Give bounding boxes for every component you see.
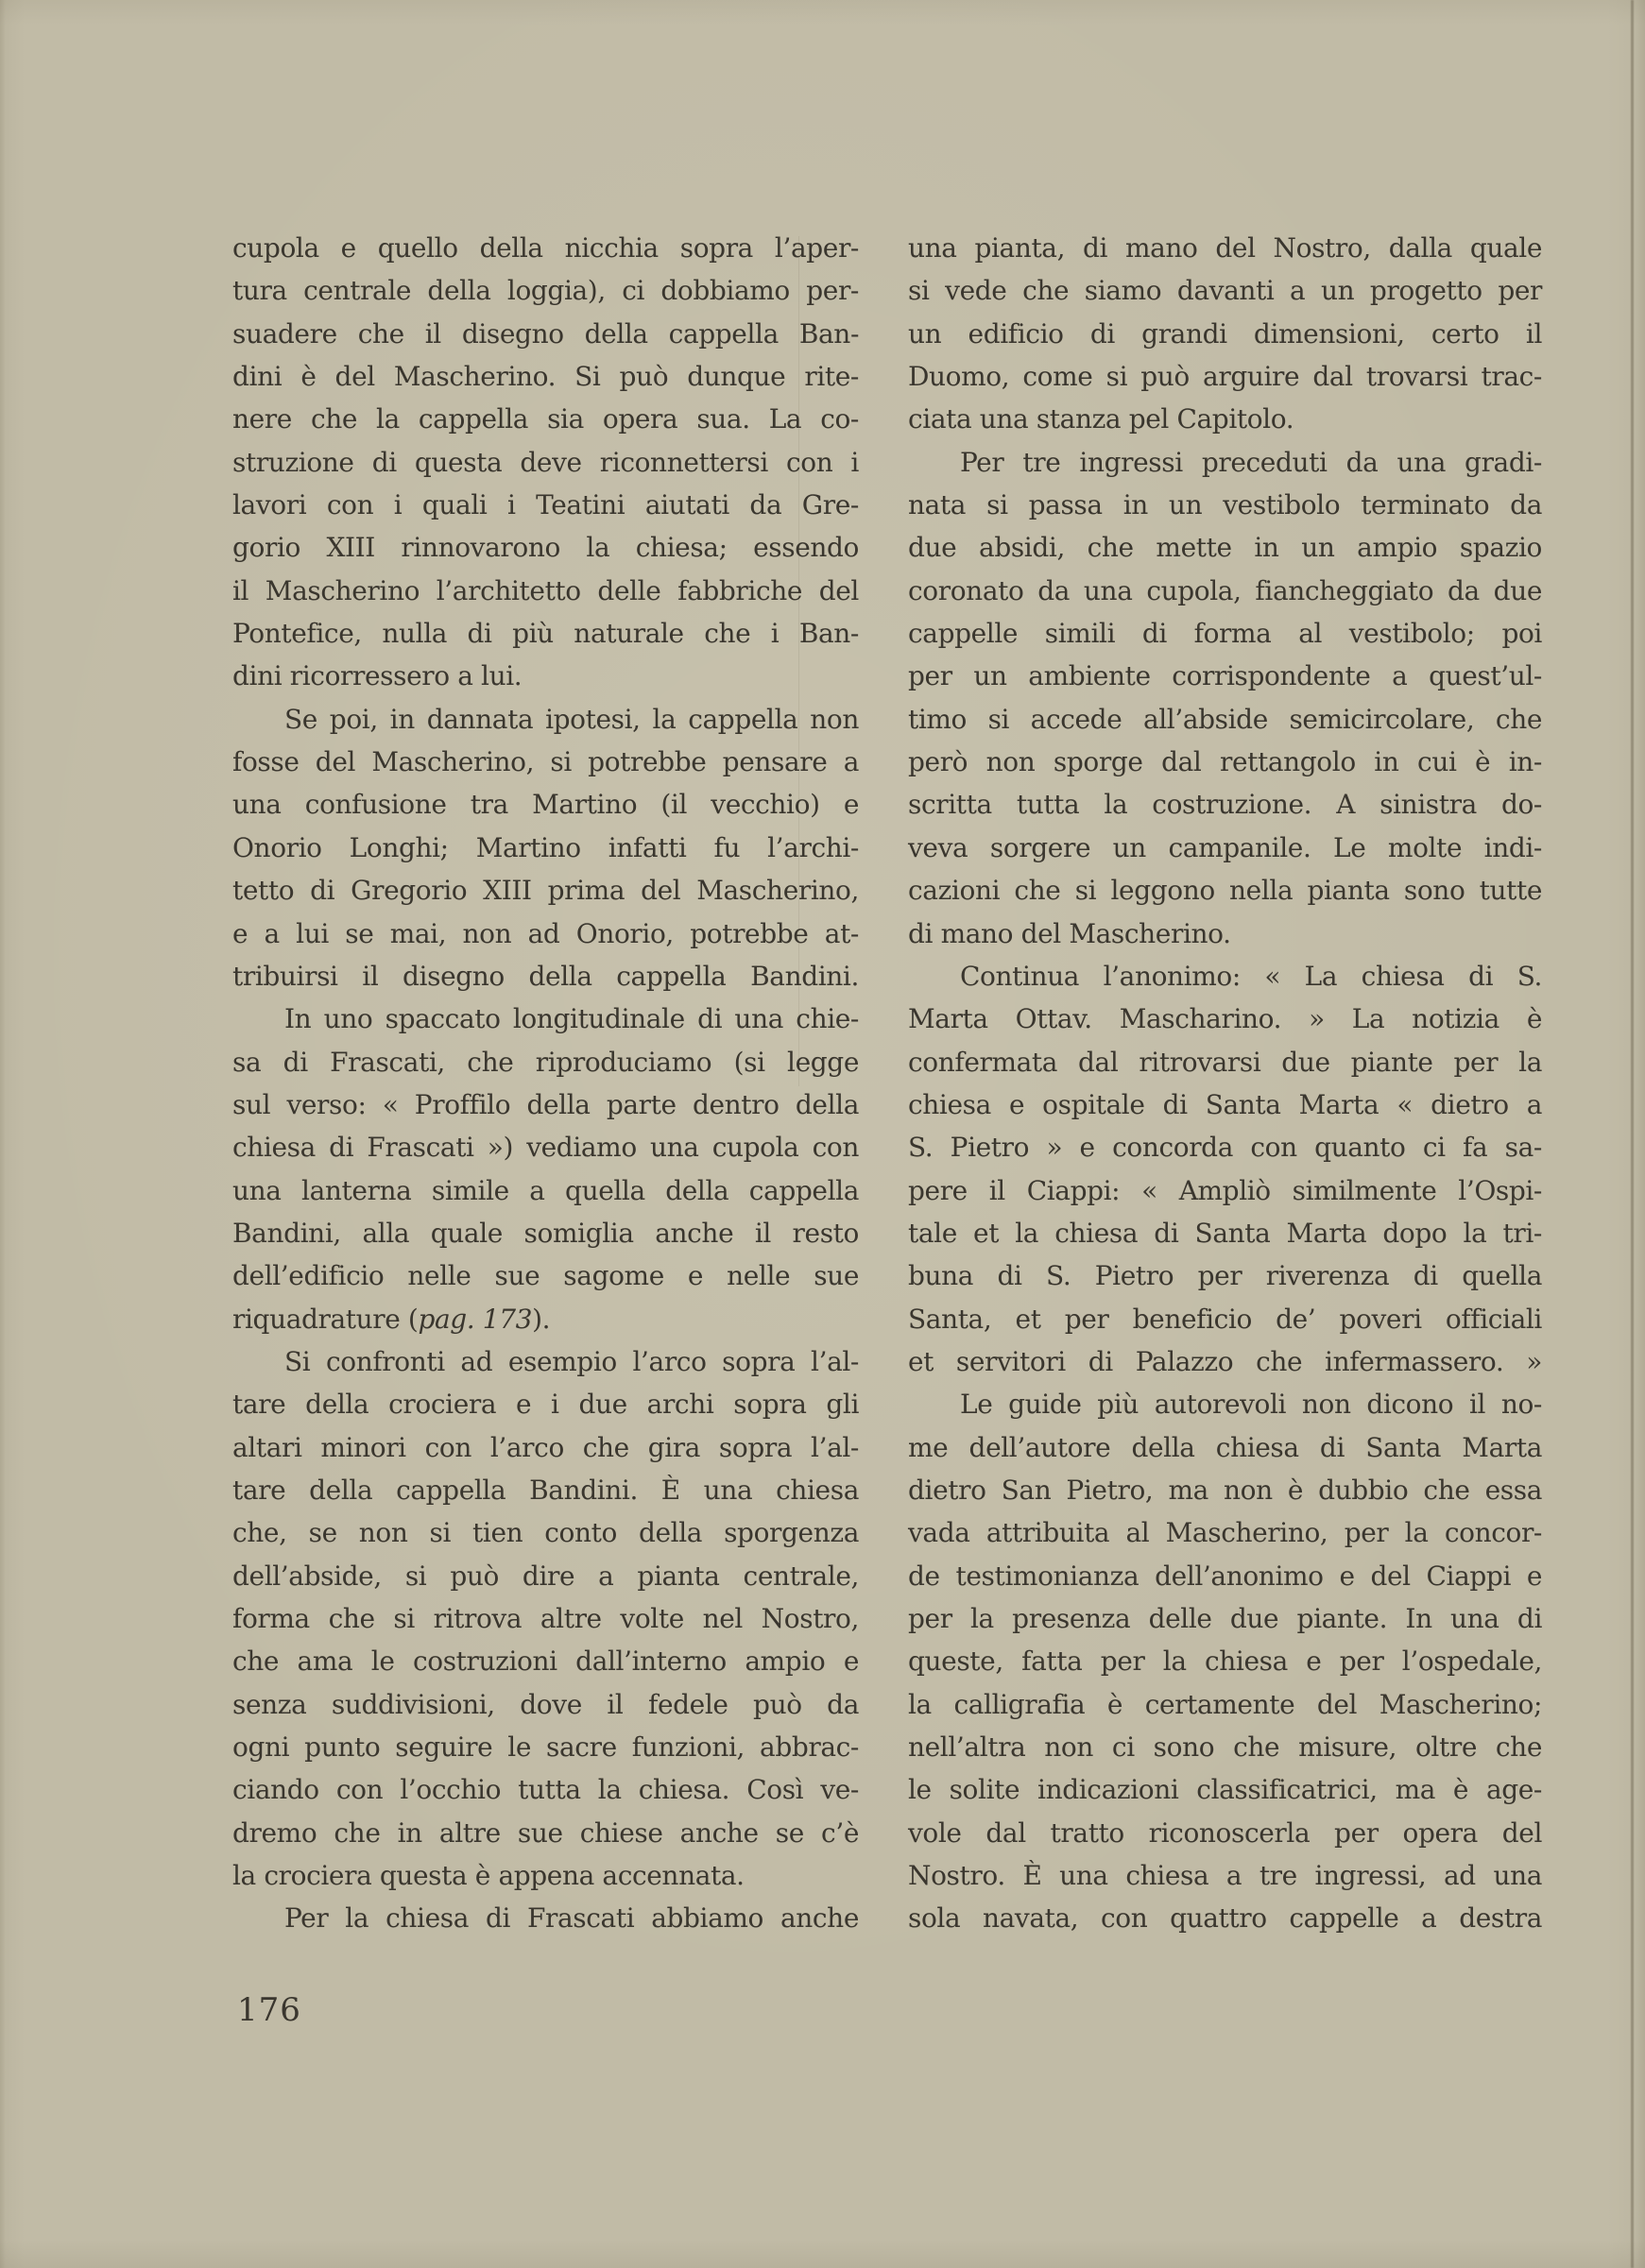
text-line: queste, fatta per la chiesa e per l’ospe… (908, 1640, 1542, 1682)
text-line: tura centrale della loggia), ci dobbiamo… (232, 269, 859, 312)
text-line: però non sporge dal rettangolo in cui è … (908, 741, 1542, 783)
text-line: dell’abside, si può dire a pianta centra… (232, 1555, 859, 1597)
text-line: Bandini, alla quale somiglia anche il re… (232, 1212, 859, 1254)
text-line: altari minori con l’arco che gira sopra … (232, 1426, 859, 1469)
text-line: sa di Frascati, che riproduciamo (si leg… (232, 1041, 859, 1083)
text-line: chiesa e ospitale di Santa Marta « dietr… (908, 1083, 1542, 1126)
text-line: il Mascherino l’architetto delle fabbric… (232, 570, 859, 612)
text-line: la calligrafia è certamente del Mascheri… (908, 1683, 1542, 1726)
text-line: per un ambiente corrispondente a quest’u… (908, 655, 1542, 697)
text-line: senza suddivisioni, dove il fedele può d… (232, 1683, 859, 1726)
text-line: tetto di Gregorio XIII prima del Mascher… (232, 869, 859, 912)
text-line: ciando con l’occhio tutta la chiesa. Cos… (232, 1768, 859, 1811)
text-line: forma che si ritrova altre volte nel Nos… (232, 1597, 859, 1640)
text-line: Se poi, in dannata ipotesi, la cappella … (232, 698, 859, 741)
text-line: si vede che siamo davanti a un progetto … (908, 269, 1542, 312)
text-line: cupola e quello della nicchia sopra l’ap… (232, 227, 859, 269)
text-line: Per tre ingressi preceduti da una gradi- (908, 441, 1542, 484)
page-number: 176 (237, 1991, 301, 2029)
scanned-book-page: { "page": { "number": "176", "language":… (0, 0, 1645, 2268)
text-line: scritta tutta la costruzione. A sinistra… (908, 783, 1542, 826)
text-line: chiesa di Frascati ») vediamo una cupola… (232, 1126, 859, 1168)
text-line: dietro San Pietro, ma non è dubbio che e… (908, 1469, 1542, 1511)
text-line: struzione di questa deve riconnettersi c… (232, 441, 859, 484)
text-line: buna di S. Pietro per riverenza di quell… (908, 1254, 1542, 1297)
text-line: tale et la chiesa di Santa Marta dopo la… (908, 1212, 1542, 1254)
text-line: la crociera questa è appena accennata. (232, 1854, 859, 1897)
text-line: dini è del Mascherino. Si può dunque rit… (232, 355, 859, 398)
text-line: sul verso: « Proffilo della parte dentro… (232, 1083, 859, 1126)
page-edge-shadow (1631, 0, 1634, 2268)
text-line: confermata dal ritrovarsi due piante per… (908, 1041, 1542, 1083)
text-line: gorio XIII rinnovarono la chiesa; essend… (232, 526, 859, 569)
text-line: timo si accede all’abside semicircolare,… (908, 698, 1542, 741)
text-line: le solite indicazioni classificatrici, m… (908, 1768, 1542, 1811)
text-line: Nostro. È una chiesa a tre ingressi, ad … (908, 1854, 1542, 1897)
text-line: sola navata, con quattro cappelle a dest… (908, 1897, 1542, 1939)
text-line: tribuirsi il disegno della cappella Band… (232, 955, 859, 998)
text-line: che ama le costruzioni dall’interno ampi… (232, 1640, 859, 1682)
text-line: Le guide più autorevoli non dicono il no… (908, 1383, 1542, 1425)
text-line: vole dal tratto riconoscerla per opera d… (908, 1812, 1542, 1854)
text-line: nell’altra non ci sono che misure, oltre… (908, 1726, 1542, 1768)
text-line: un edificio di grandi dimensioni, certo … (908, 313, 1542, 355)
text-line: ogni punto seguire le sacre funzioni, ab… (232, 1726, 859, 1768)
text-column-right: una pianta, di mano del Nostro, dalla qu… (908, 227, 1542, 1940)
text-line: Onorio Longhi; Martino infatti fu l’arch… (232, 827, 859, 869)
text-line: dini ricorressero a lui. (232, 655, 859, 697)
text-line: una confusione tra Martino (il vecchio) … (232, 783, 859, 826)
text-line: ciata una stanza pel Capitolo. (908, 398, 1542, 440)
text-line: Duomo, come si può arguire dal trovarsi … (908, 355, 1542, 398)
text-line: cappelle simili di forma al vestibolo; p… (908, 612, 1542, 655)
text-line: che, se non si tien conto della sporgenz… (232, 1511, 859, 1554)
text-line: due absidi, che mette in un ampio spazio (908, 526, 1542, 569)
text-line: veva sorgere un campanile. Le molte indi… (908, 827, 1542, 869)
text-line: cazioni che si leggono nella pianta sono… (908, 869, 1542, 912)
text-line: tare della cappella Bandini. È una chies… (232, 1469, 859, 1511)
text-line: e a lui se mai, non ad Onorio, potrebbe … (232, 912, 859, 955)
text-line: de testimonianza dell’anonimo e del Ciap… (908, 1555, 1542, 1597)
text-line: vada attribuita al Mascherino, per la co… (908, 1511, 1542, 1554)
text-line: fosse del Mascherino, si potrebbe pensar… (232, 741, 859, 783)
text-line: una pianta, di mano del Nostro, dalla qu… (908, 227, 1542, 269)
text-line: In uno spaccato longitudinale di una chi… (232, 998, 859, 1040)
text-line: S. Pietro » e concorda con quanto ci fa … (908, 1126, 1542, 1168)
text-line: Pontefice, nulla di più naturale che i B… (232, 612, 859, 655)
text-line: una lanterna simile a quella della cappe… (232, 1169, 859, 1212)
text-column-left: cupola e quello della nicchia sopra l’ap… (232, 227, 859, 1940)
text-line: per la presenza delle due piante. In una… (908, 1597, 1542, 1640)
text-line: Marta Ottav. Mascharino. » La notizia è (908, 998, 1542, 1040)
text-line: coronato da una cupola, fiancheggiato da… (908, 570, 1542, 612)
text-line: dremo che in altre sue chiese anche se c… (232, 1812, 859, 1854)
text-line: Continua l’anonimo: « La chiesa di S. (908, 955, 1542, 998)
text-line: riquadrature (pag. 173). (232, 1298, 859, 1340)
text-line: nata si passa in un vestibolo terminato … (908, 484, 1542, 526)
text-line: et servitori di Palazzo che infermassero… (908, 1340, 1542, 1383)
text-line: nere che la cappella sia opera sua. La c… (232, 398, 859, 440)
text-line: suadere che il disegno della cappella Ba… (232, 313, 859, 355)
text-line: me dell’autore della chiesa di Santa Mar… (908, 1426, 1542, 1469)
text-line: Si confronti ad esempio l’arco sopra l’a… (232, 1340, 859, 1383)
text-line: pere il Ciappi: « Ampliò similmente l’Os… (908, 1169, 1542, 1212)
text-line: Santa, et per beneficio de’ poveri offic… (908, 1298, 1542, 1340)
text-line: tare della crociera e i due archi sopra … (232, 1383, 859, 1425)
text-line: dell’edificio nelle sue sagome e nelle s… (232, 1254, 859, 1297)
text-line: di mano del Mascherino. (908, 912, 1542, 955)
text-line: Per la chiesa di Frascati abbiamo anche (232, 1897, 859, 1939)
text-line: lavori con i quali i Teatini aiutati da … (232, 484, 859, 526)
